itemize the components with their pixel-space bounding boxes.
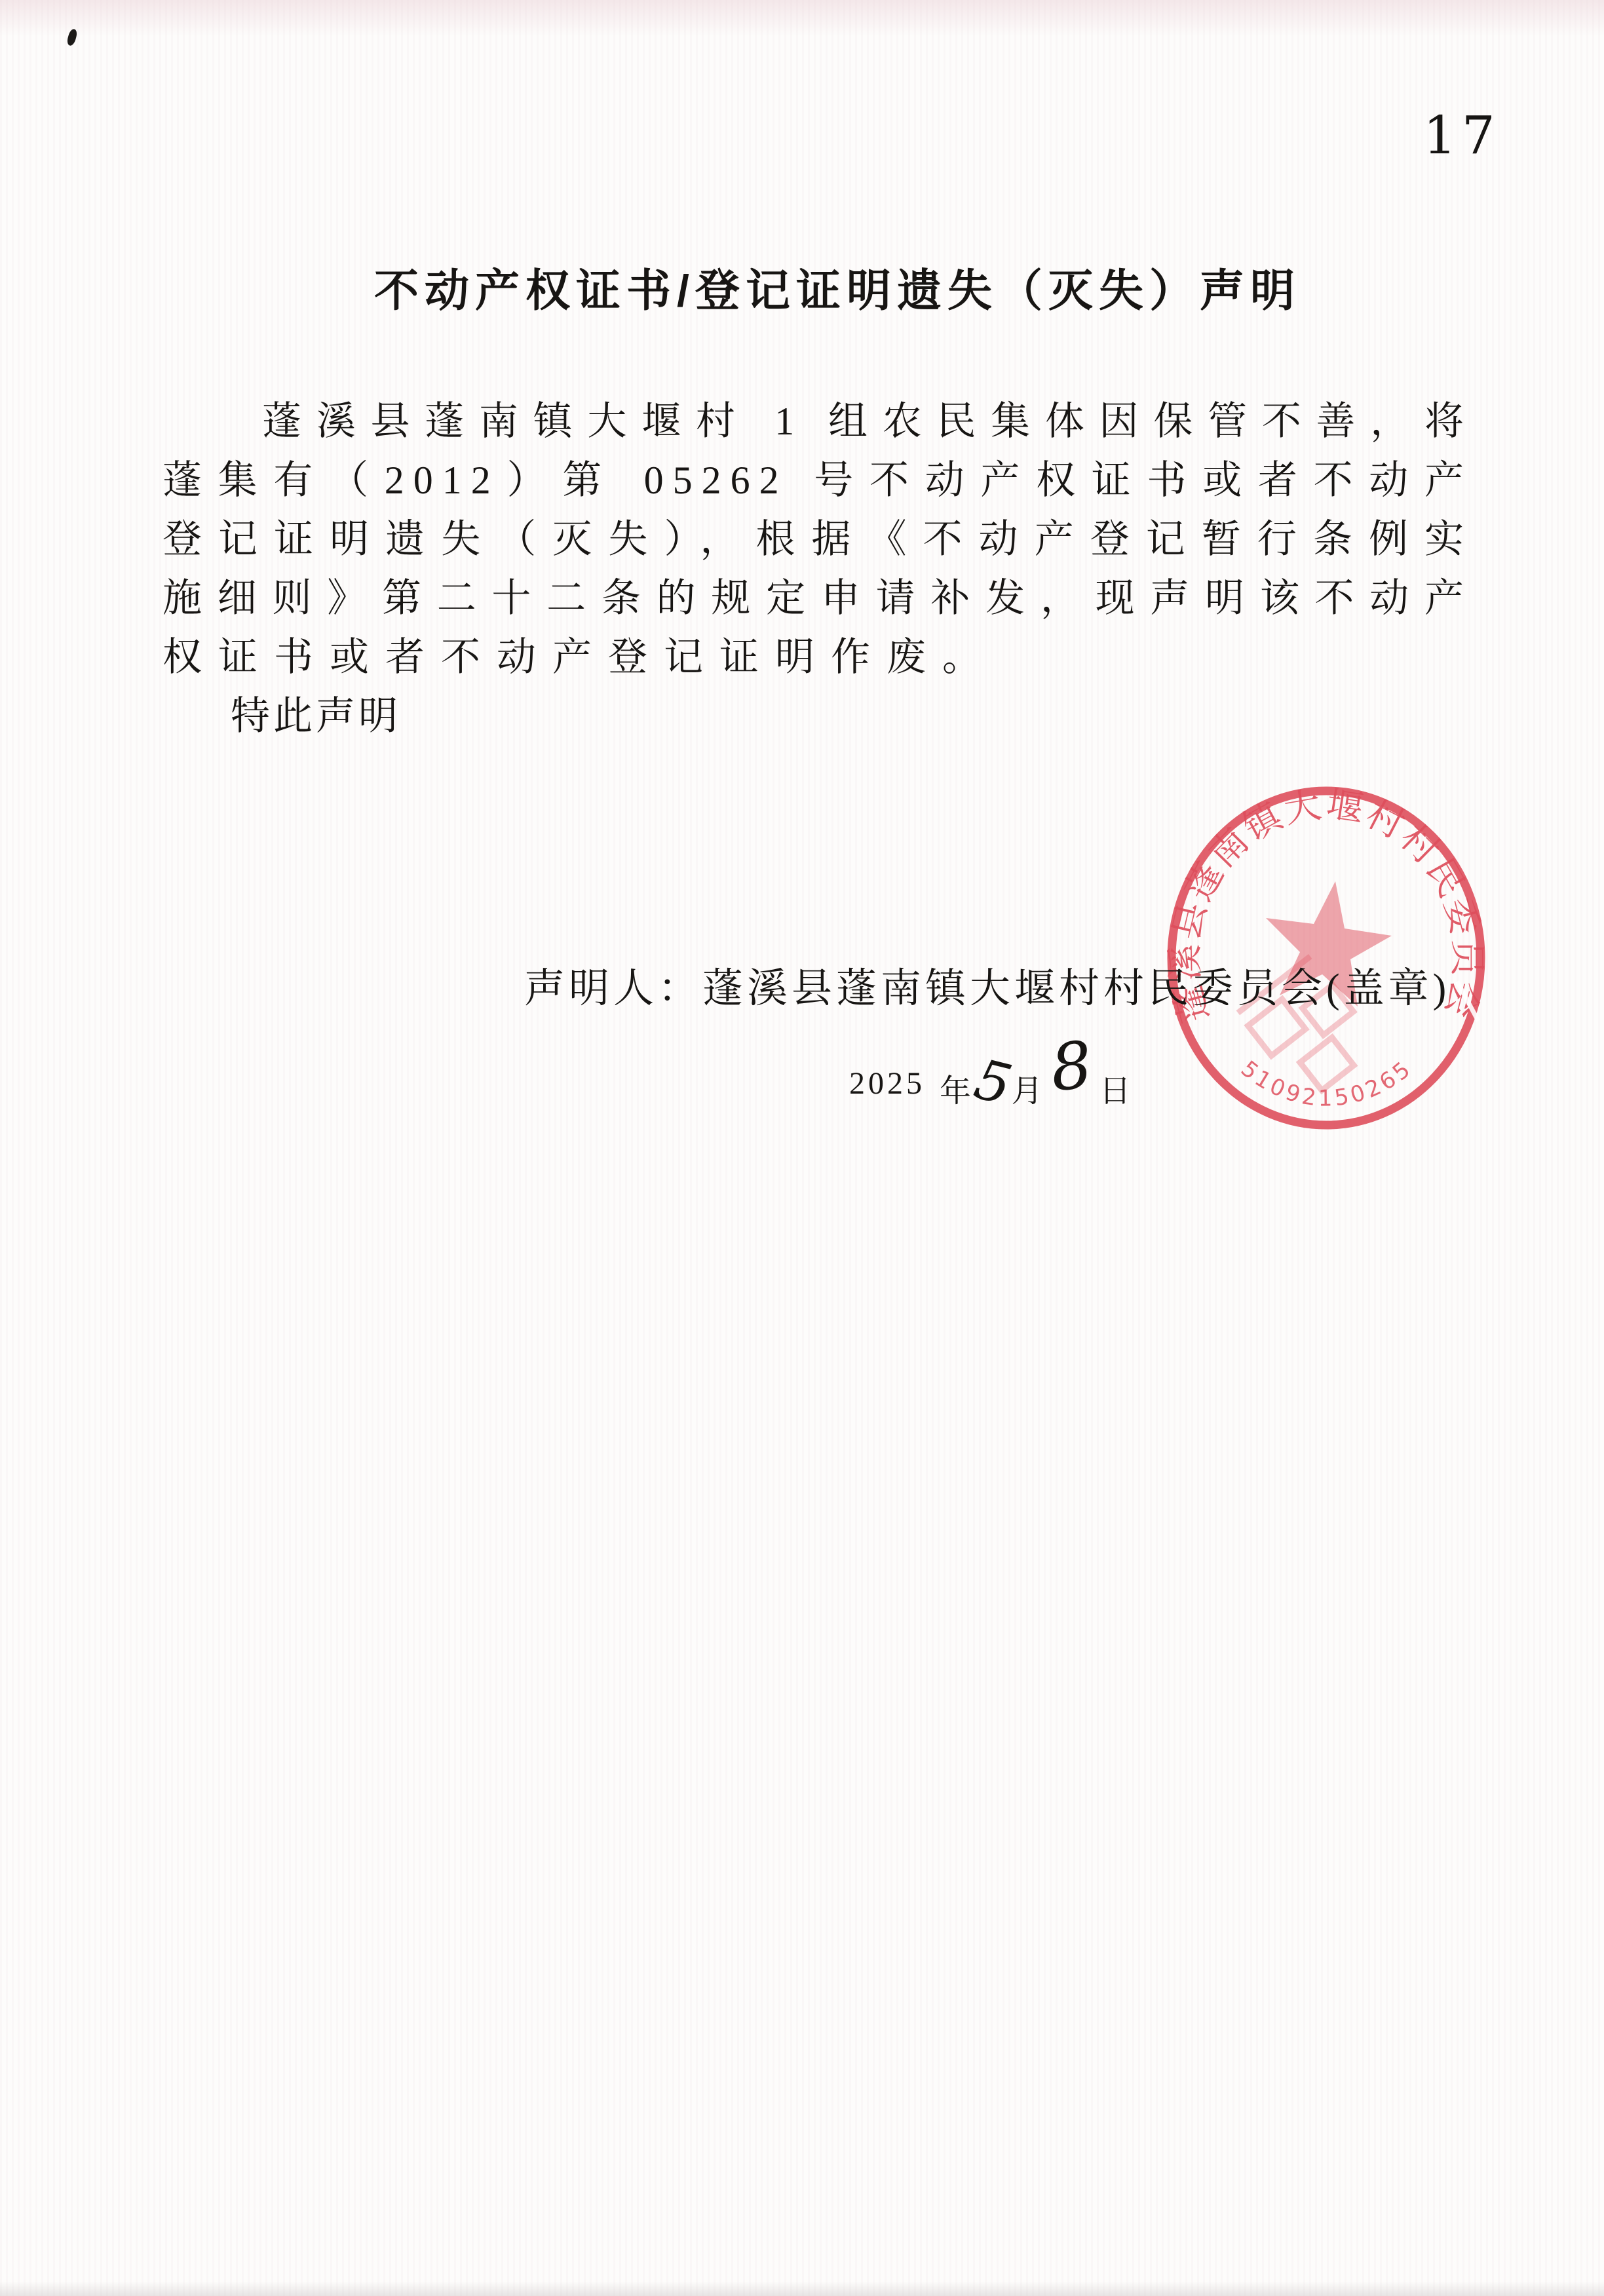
document-title: 不动产权证书/登记证明遗失（灭失）声明 — [35, 256, 1604, 319]
date-day-handwritten: 8 — [1050, 1049, 1097, 1085]
body-line-1: 蓬溪县蓬南镇大堰村 1 组农民集体因保管不善，将 — [162, 392, 1473, 451]
date-month-handwritten: 5 — [972, 1063, 1017, 1103]
declarant-line: 声明人：蓬溪县蓬南镇大堰村村民委员会(盖章) — [524, 955, 1450, 1014]
date-month-unit: 月 — [1011, 1065, 1046, 1111]
body-line-3: 登记证明遗失（灭失），根据《不动产登记暂行条例实 — [162, 510, 1473, 569]
scan-bottom-shade — [0, 2282, 1604, 2296]
date-day-unit: 日 — [1099, 1065, 1134, 1111]
scan-top-tint — [0, 0, 1604, 37]
scan-streaks-texture — [0, 0, 1604, 2296]
body-line-4: 施细则》第二十二条的规定申请补发，现声明该不动产 — [162, 569, 1473, 628]
date-year: 2025 — [849, 1065, 925, 1101]
closing-statement: 特此声明 — [162, 687, 1473, 746]
page-number: 17 — [1423, 105, 1500, 166]
body-line-5: 权证书或者不动产登记证明作废。 — [162, 628, 1473, 687]
body-line-2: 蓬集有（2012）第 05262 号不动产权证书或者不动产 — [162, 451, 1473, 510]
date-line: 2025 年 5 月 8 日 — [849, 1056, 1134, 1101]
body-paragraph: 蓬溪县蓬南镇大堰村 1 组农民集体因保管不善，将 蓬集有（2012）第 0526… — [162, 392, 1473, 746]
